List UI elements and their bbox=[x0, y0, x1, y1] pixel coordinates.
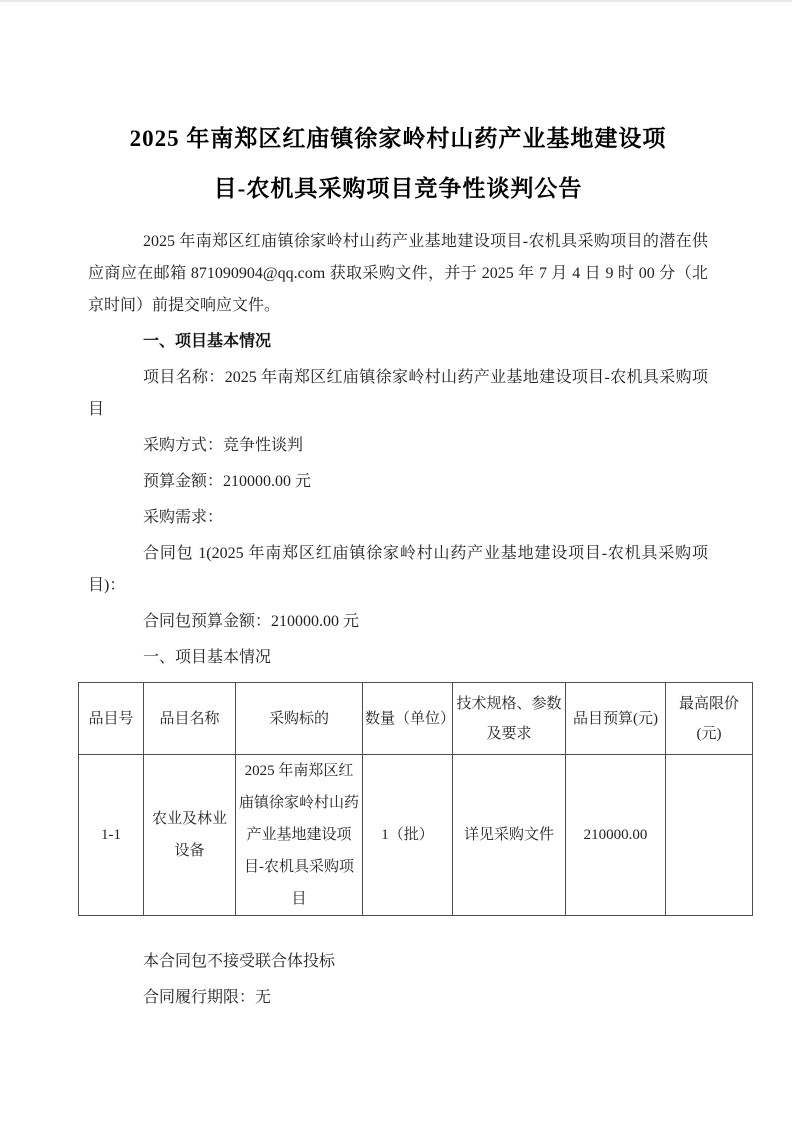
procurement-requirements-label: 采购需求： bbox=[88, 502, 708, 534]
consortium-note: 本合同包不接受联合体投标 bbox=[88, 946, 708, 978]
section-heading-basic-info: 一、项目基本情况 bbox=[88, 326, 708, 358]
cell-quantity-unit: 1（批） bbox=[363, 755, 453, 916]
items-table: 品目号 品目名称 采购标的 数量（单位） 技术规格、参数及要求 品目预算(元) … bbox=[78, 682, 753, 916]
cell-item-name: 农业及林业设备 bbox=[144, 755, 236, 916]
page-title-line-1: 2025 年南郑区红庙镇徐家岭村山药产业基地建设项 bbox=[130, 126, 667, 151]
budget-amount: 预算金额：210000.00 元 bbox=[88, 466, 708, 498]
header-max-price: 最高限价(元) bbox=[666, 683, 753, 755]
contract-period: 合同履行期限：无 bbox=[88, 982, 708, 1014]
header-item-budget: 品目预算(元) bbox=[566, 683, 666, 755]
header-tech-specs: 技术规格、参数及要求 bbox=[453, 683, 566, 755]
cell-tech-specs: 详见采购文件 bbox=[453, 755, 566, 916]
page-title-line-2: 目-农机具采购项目竞争性谈判公告 bbox=[214, 176, 583, 201]
section-heading-basic-info-2: 一、项目基本情况 bbox=[88, 642, 708, 674]
cell-max-price bbox=[666, 755, 753, 916]
document-content: 2025 年南郑区红庙镇徐家岭村山药产业基地建设项 目-农机具采购项目竞争性谈判… bbox=[0, 114, 792, 1014]
procurement-method: 采购方式：竞争性谈判 bbox=[88, 430, 708, 462]
cell-item-number: 1-1 bbox=[79, 755, 144, 916]
document-page: 2025 年南郑区红庙镇徐家岭村山药产业基地建设项 目-农机具采购项目竞争性谈判… bbox=[0, 0, 792, 1121]
intro-paragraph: 2025 年南郑区红庙镇徐家岭村山药产业基地建设项目-农机具采购项目的潜在供应商… bbox=[88, 226, 708, 322]
header-procurement-subject: 采购标的 bbox=[236, 683, 363, 755]
contract-package: 合同包 1(2025 年南郑区红庙镇徐家岭村山药产业基地建设项目-农机具采购项目… bbox=[88, 538, 708, 602]
cell-item-budget: 210000.00 bbox=[566, 755, 666, 916]
header-quantity-unit: 数量（单位） bbox=[363, 683, 453, 755]
project-name: 项目名称：2025 年南郑区红庙镇徐家岭村山药产业基地建设项目-农机具采购项目 bbox=[88, 362, 708, 426]
table-header-row: 品目号 品目名称 采购标的 数量（单位） 技术规格、参数及要求 品目预算(元) … bbox=[79, 683, 753, 755]
cell-procurement-subject: 2025 年南郑区红庙镇徐家岭村山药产业基地建设项目-农机具采购项目 bbox=[236, 755, 363, 916]
table-row: 1-1 农业及林业设备 2025 年南郑区红庙镇徐家岭村山药产业基地建设项目-农… bbox=[79, 755, 753, 916]
header-item-name: 品目名称 bbox=[144, 683, 236, 755]
page-title: 2025 年南郑区红庙镇徐家岭村山药产业基地建设项 目-农机具采购项目竞争性谈判… bbox=[88, 114, 708, 214]
contract-package-budget: 合同包预算金额：210000.00 元 bbox=[88, 606, 708, 638]
header-item-number: 品目号 bbox=[79, 683, 144, 755]
